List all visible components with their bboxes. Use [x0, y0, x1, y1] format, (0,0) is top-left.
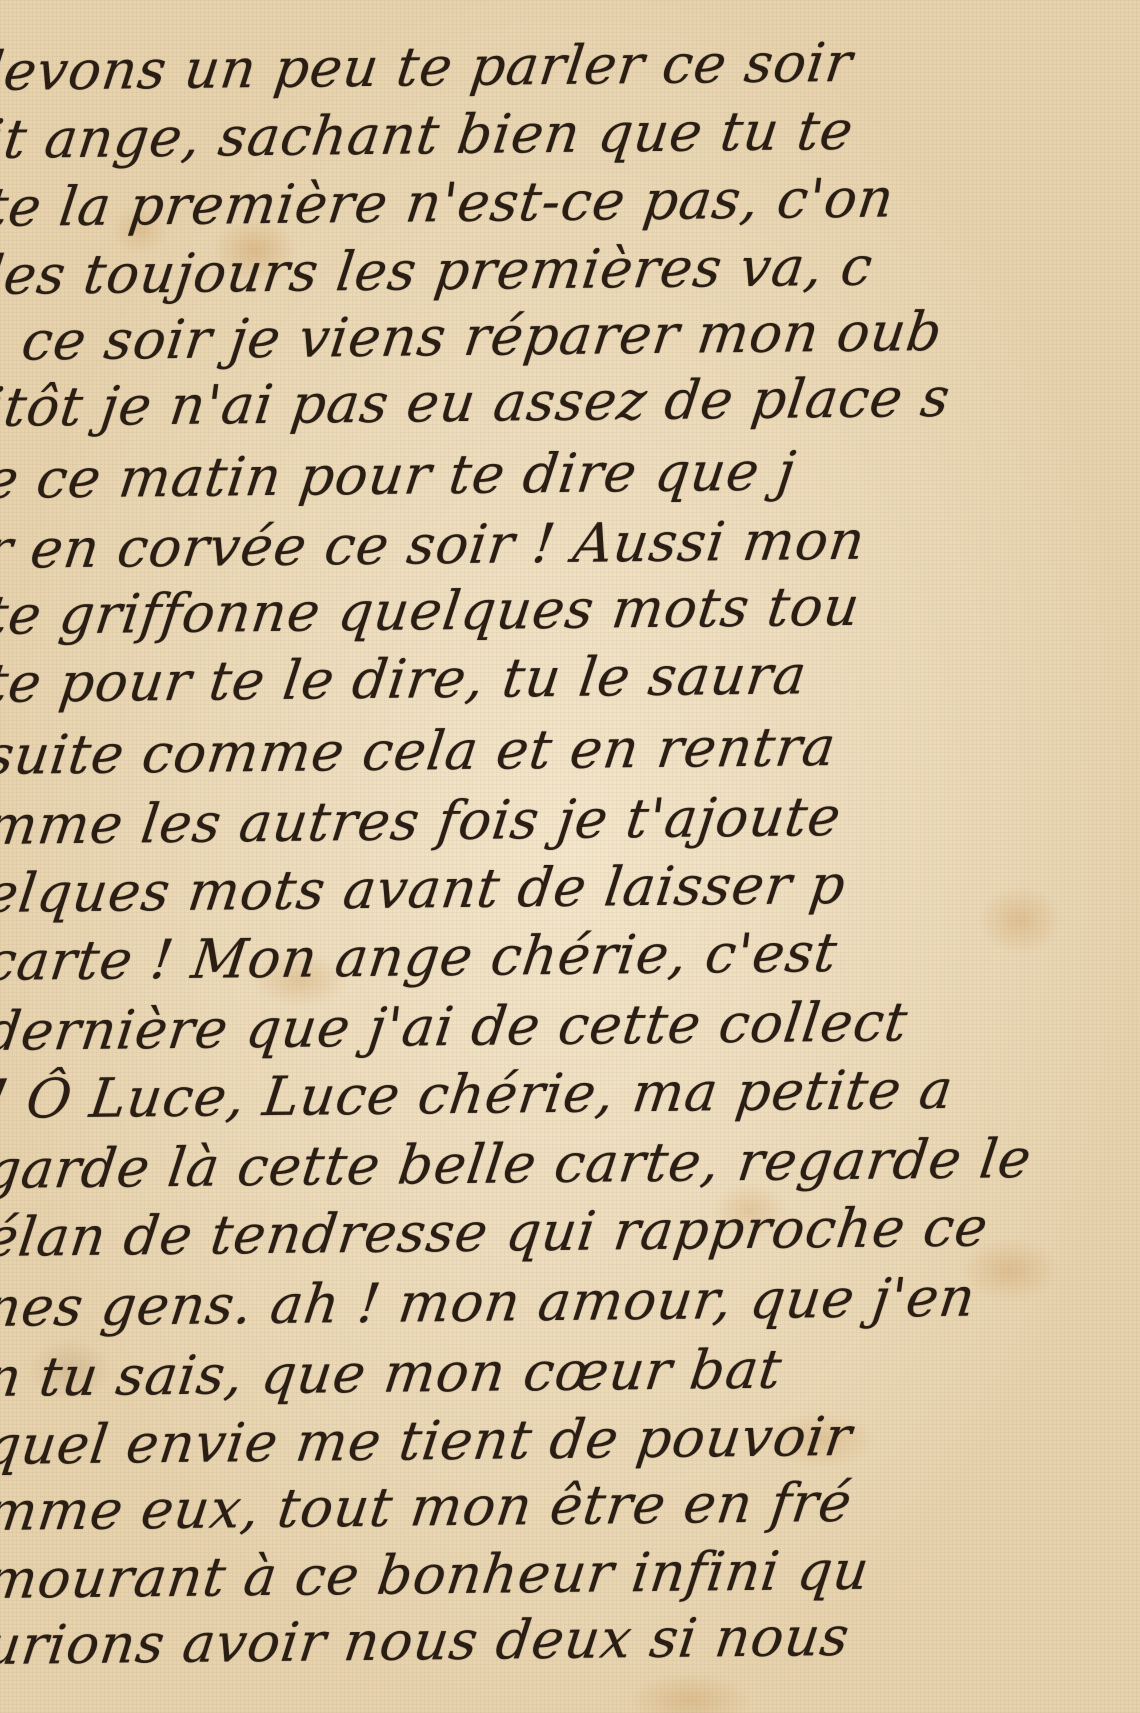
handwritten-line: les toujours les premières va, c: [0, 235, 877, 307]
handwritten-line: mourant à ce bonheur infini qu: [0, 1539, 873, 1611]
handwritten-line: te la première n'est-ce pas, c'on: [0, 166, 898, 239]
handwritten-line: r en corvée ce soir ! Aussi mon: [0, 509, 869, 581]
handwritten-line: mme eux, tout mon être en fré: [0, 1471, 856, 1543]
handwritten-line: itôt je n'ai pas eu assez de place s: [0, 366, 954, 439]
handwritten-line: te griffonne quelques mots tou: [0, 575, 864, 647]
aged-paper-letter: levons un peu te parler ce soir it ange,…: [0, 0, 1140, 1713]
handwritten-line: it ange, sachant bien que tu te: [0, 99, 857, 171]
handwritten-line: suite comme cela et en rentra: [0, 715, 840, 787]
handwritten-line: carte ! Mon ange chérie, c'est: [0, 921, 841, 993]
handwritten-line: urions avoir nous deux si nous: [0, 1605, 853, 1677]
handwritten-line: dernière que j'ai de cette collect: [0, 990, 912, 1063]
handwritten-line: garde là cette belle carte, regarde le: [0, 1127, 1035, 1201]
handwritten-line: élan de tendresse qui rapproche ce: [0, 1195, 992, 1269]
handwritten-line: , ce soir je viens réparer mon oub: [0, 300, 946, 373]
handwritten-line: te pour te le dire, tu le saura: [0, 643, 811, 715]
handwritten-line: mme les autres fois je t'ajoute: [0, 785, 845, 857]
handwritten-line: n tu sais, que mon cœur bat: [0, 1338, 786, 1409]
handwritten-line: quel envie me tient de pouvoir: [0, 1405, 856, 1477]
handwritten-line: elques mots avant de laisser p: [0, 853, 850, 925]
handwritten-line: levons un peu te parler ce soir: [0, 31, 857, 103]
handwritten-line: e ce matin pour te dire que j: [0, 439, 800, 511]
handwritten-line: ! Ô Luce, Luce chérie, ma petite a: [0, 1058, 957, 1131]
handwritten-line: nes gens. ah ! mon amour, que j'en: [0, 1266, 979, 1339]
